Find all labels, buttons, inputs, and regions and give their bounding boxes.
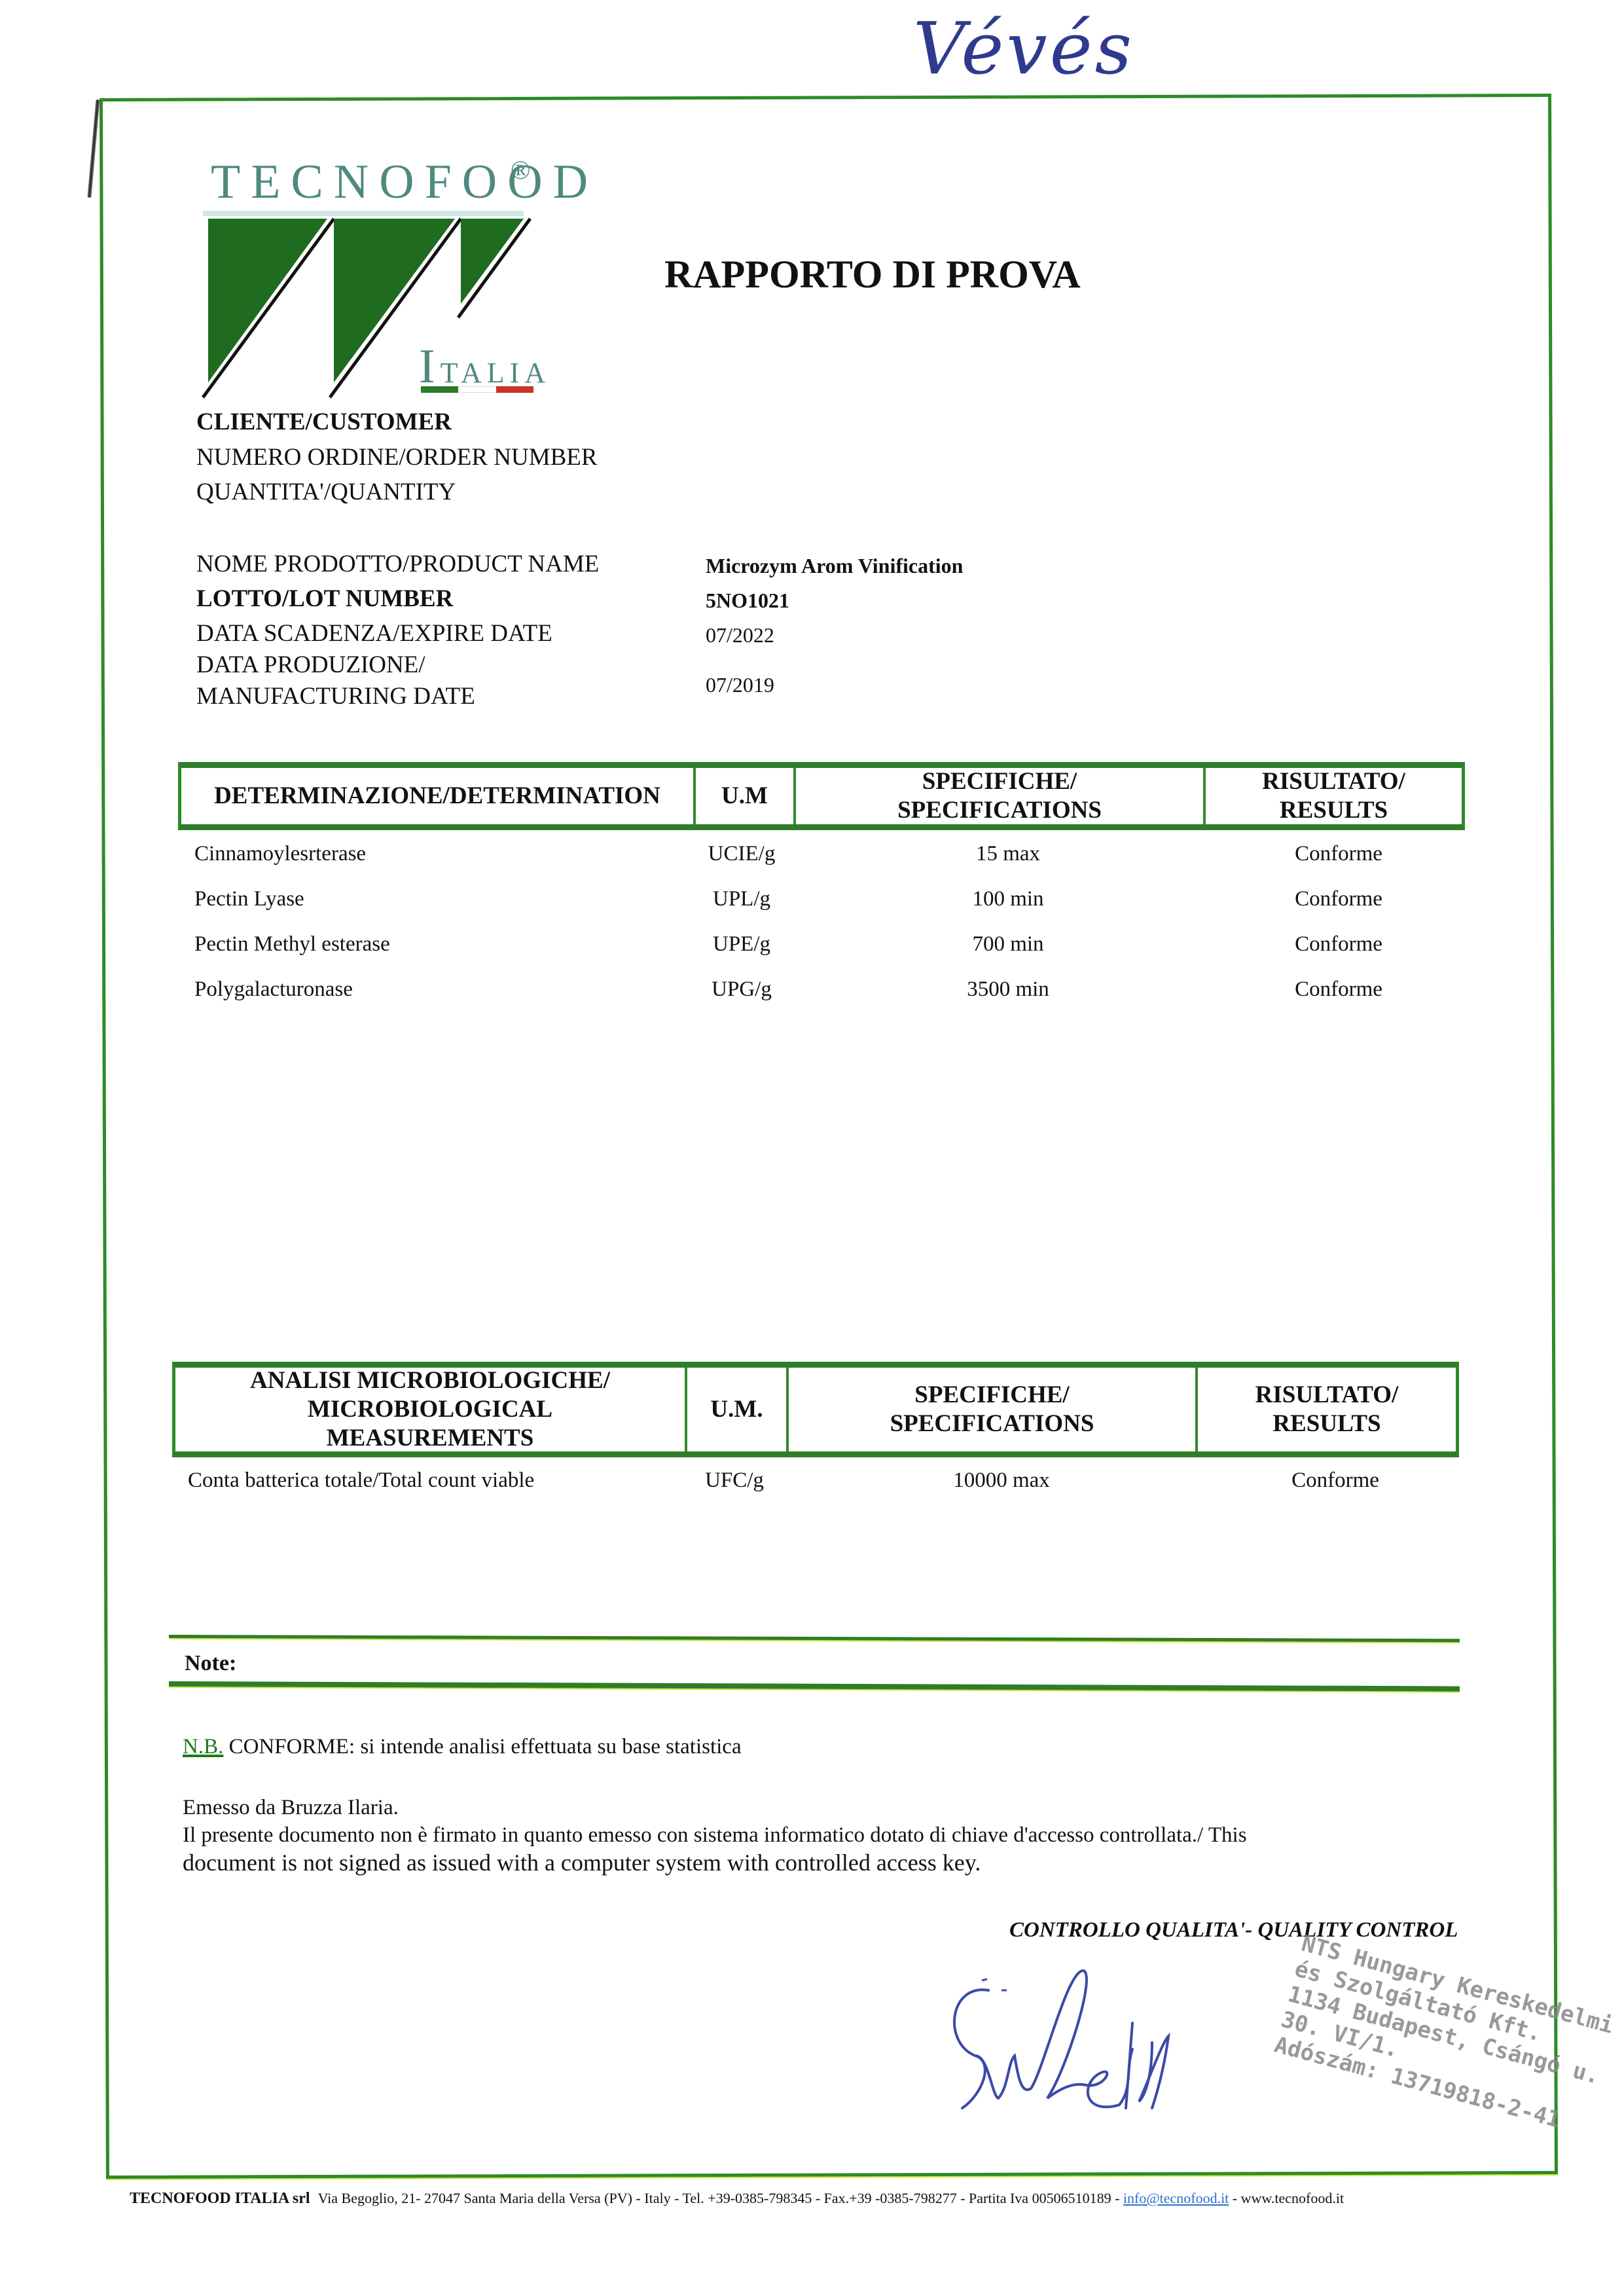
- signature-icon: [936, 1958, 1303, 2128]
- header-micro-unit: U.M.: [687, 1368, 789, 1451]
- manufacturing-date-value: 07/2019: [706, 673, 774, 697]
- footer-website: - www.tecnofood.it: [1229, 2190, 1344, 2206]
- cell-unit: UPG/g: [712, 977, 772, 1002]
- footer: TECNOFOOD ITALIA srlVia Begoglio, 21- 27…: [130, 2190, 1344, 2208]
- determination-table-header: DETERMINAZIONE/DETERMINATION U.M SPECIFI…: [178, 762, 1465, 830]
- quality-control-label: CONTROLLO QUALITA'- QUALITY CONTROL: [1009, 1918, 1458, 1942]
- cell-unit: UFC/g: [705, 1468, 764, 1493]
- nb-key: N.B.: [183, 1735, 223, 1758]
- cell-spec: 100 min: [972, 887, 1043, 911]
- cell-spec: 10000 max: [953, 1468, 1050, 1493]
- cell-unit: UCIE/g: [708, 842, 776, 866]
- cell-unit: UPE/g: [713, 932, 770, 957]
- header-results: RISULTATO/ RESULTS: [1206, 768, 1462, 824]
- cell-name: Pectin Methyl esterase: [194, 932, 390, 957]
- disclaimer-english: document is not signed as issued with a …: [183, 1849, 1426, 1876]
- logo-subbrand-initial: I: [419, 340, 441, 393]
- issued-by: Emesso da Bruzza Ilaria.: [183, 1794, 1426, 1821]
- header-micro-specifications: SPECIFICHE/ SPECIFICATIONS: [789, 1368, 1198, 1451]
- cell-name: Pectin Lyase: [194, 887, 304, 911]
- footer-address: Via Begoglio, 21- 27047 Santa Maria dell…: [318, 2190, 1123, 2206]
- logo-brand-text: TECNOFOOD: [211, 155, 598, 210]
- cell-unit: UPL/g: [713, 887, 770, 911]
- expire-date-value: 07/2022: [706, 623, 774, 647]
- handwritten-annotation: Vévés: [913, 7, 1134, 90]
- cell-spec: 15 max: [976, 842, 1040, 866]
- staple-mark: [87, 100, 99, 198]
- italian-flag-icon: [421, 386, 533, 393]
- product-name-value: Microzym Arom Vinification: [706, 554, 963, 578]
- cell-spec: 3500 min: [967, 977, 1049, 1002]
- disclaimer-italian: Il presente documento non è firmato in q…: [183, 1821, 1426, 1849]
- cell-result: Conforme: [1295, 842, 1382, 866]
- cell-result: Conforme: [1295, 932, 1382, 957]
- header-specifications: SPECIFICHE/ SPECIFICATIONS: [796, 768, 1206, 824]
- lot-number-label: LOTTO/LOT NUMBER: [196, 585, 453, 613]
- note-label: Note:: [185, 1651, 236, 1676]
- manufacturing-date-label-line1: DATA PRODUZIONE/: [196, 651, 425, 679]
- expire-date-label: DATA SCADENZA/EXPIRE DATE: [196, 619, 552, 647]
- nb-text: CONFORME: si intende analisi effettuata …: [223, 1735, 741, 1758]
- footer-email-link[interactable]: info@tecnofood.it: [1123, 2190, 1229, 2206]
- customer-label: CLIENTE/CUSTOMER: [196, 408, 452, 436]
- cell-result: Conforme: [1295, 887, 1382, 911]
- nb-statement: N.B. CONFORME: si intende analisi effett…: [183, 1735, 742, 1759]
- micro-table-header: ANALISI MICROBIOLOGICHE/ MICROBIOLOGICAL…: [172, 1362, 1459, 1457]
- cell-name: Conta batterica totale/Total count viabl…: [188, 1468, 534, 1493]
- cell-result: Conforme: [1295, 977, 1382, 1002]
- header-determination: DETERMINAZIONE/DETERMINATION: [181, 768, 696, 824]
- cell-result: Conforme: [1291, 1468, 1379, 1493]
- header-unit: U.M: [696, 768, 796, 824]
- quantity-label: QUANTITA'/QUANTITY: [196, 478, 456, 506]
- cell-name: Polygalacturonase: [194, 977, 353, 1002]
- header-micro-analysis: ANALISI MICROBIOLOGICHE/ MICROBIOLOGICAL…: [175, 1368, 687, 1451]
- issued-block: Emesso da Bruzza Ilaria. Il presente doc…: [183, 1794, 1426, 1876]
- order-number-label: NUMERO ORDINE/ORDER NUMBER: [196, 443, 598, 471]
- header-micro-results: RISULTATO/ RESULTS: [1198, 1368, 1456, 1451]
- manufacturing-date-label-line2: MANUFACTURING DATE: [196, 682, 475, 710]
- logo-subbrand-rest: TALIA: [441, 357, 550, 389]
- footer-company: TECNOFOOD ITALIA srl: [130, 2190, 310, 2207]
- product-name-label: NOME PRODOTTO/PRODUCT NAME: [196, 550, 599, 578]
- lot-number-value: 5NO1021: [706, 589, 789, 613]
- registered-mark: ®: [511, 155, 530, 185]
- document-title: RAPPORTO DI PROVA: [664, 252, 1081, 297]
- cell-spec: 700 min: [972, 932, 1043, 957]
- cell-name: Cinnamoylesrterase: [194, 842, 366, 866]
